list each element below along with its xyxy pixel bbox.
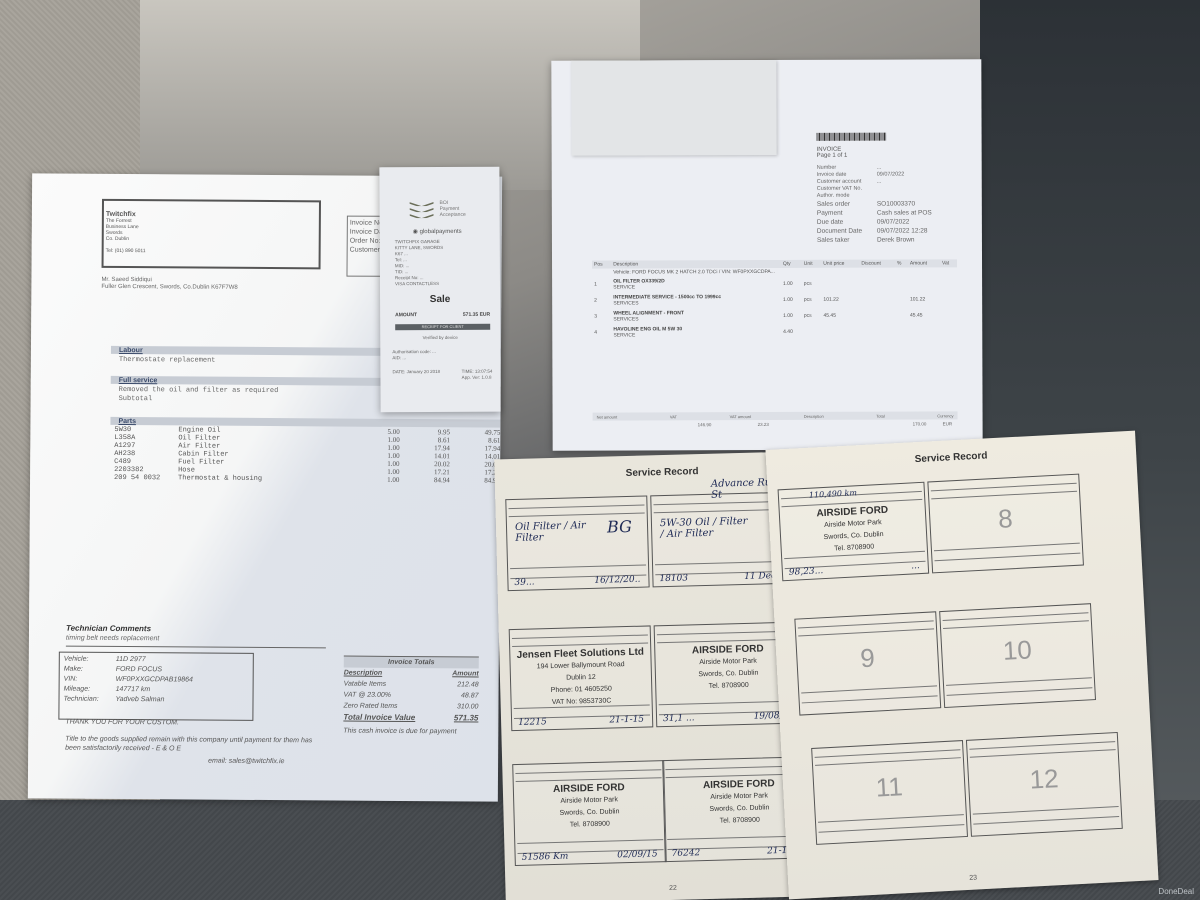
item-discount: [859, 276, 895, 292]
mileage-entry: 76242: [671, 848, 700, 859]
column-header: Unit: [802, 260, 822, 268]
due-note: This cash invoice is due for payment: [343, 728, 478, 736]
company-line: Co. Dublin: [106, 236, 129, 242]
verification-note: Verified by device: [380, 335, 500, 342]
receipt-date: DATE: January 20 2018: [392, 369, 440, 381]
date-entry: 02/09/15: [617, 849, 658, 860]
part-code: 209 54 0032: [112, 474, 176, 482]
service-slot: 9: [794, 611, 941, 715]
column-header: %: [895, 260, 908, 268]
item-category: SERVICES: [613, 300, 638, 306]
table-row: 209 54 0032Thermostat & housing1.0084.94…: [112, 474, 502, 485]
meta-value: 09/07/2022: [877, 218, 910, 227]
form-line: [515, 769, 661, 774]
meta-key: Document Date: [817, 227, 877, 236]
item-vat: [940, 307, 957, 323]
brand-line: Acceptance: [440, 212, 466, 218]
table-row: 4HAVOLINE ENG OIL M 5W 30SERVICE4.40: [592, 323, 957, 340]
meta-row: Sales orderSO10003370: [817, 199, 932, 208]
meta-row: Document Date09/07/2022 12:28: [817, 226, 932, 235]
item-pos: 2: [592, 293, 611, 309]
totals-label: Vatable Items: [344, 679, 387, 690]
form-line: [802, 695, 938, 703]
meta-row: Sales takerDerek Brown: [817, 235, 932, 244]
vehicle-value: 11D 2977: [116, 656, 146, 663]
vat-column: Currency: [937, 413, 953, 418]
divider: [66, 646, 326, 649]
invoice-total: 170.00: [913, 421, 927, 426]
auth-lines: Authorisation code: ... AID: ...: [392, 349, 492, 362]
item-amount: [908, 323, 940, 339]
vehicle-key: Make:: [64, 665, 116, 675]
form-line: [973, 806, 1119, 815]
technician-comments-heading: Technician Comments: [66, 624, 151, 634]
mileage-entry: 12215: [518, 717, 547, 728]
form-line: [798, 620, 934, 628]
slot-number: 11: [814, 768, 965, 807]
form-line: [815, 749, 961, 758]
form-line: [934, 543, 1080, 552]
mileage-entry: 39...: [514, 577, 534, 588]
app-version: App. Ver: 1.0.8: [462, 375, 492, 380]
item-unit: pcs: [802, 292, 822, 308]
item-category: SERVICE: [613, 284, 635, 290]
meta-value: ...: [877, 179, 882, 186]
slot-number: 10: [942, 631, 1093, 670]
part-qty: 1.00: [360, 436, 401, 444]
stamp-line: VAT No: 9853730C: [515, 695, 647, 710]
item-category: SERVICES: [613, 316, 638, 322]
dealer-stamp: Jensen Fleet Solutions Ltd194 Lower Ball…: [514, 647, 648, 710]
total-amount: 571.35: [454, 712, 479, 723]
barcode-icon: [817, 133, 887, 141]
company-phone: Tel: (01) 890 5011: [106, 248, 146, 254]
form-line: [818, 814, 964, 823]
vat-column: Description: [804, 413, 824, 418]
form-line: [815, 757, 961, 766]
service-slot: 8: [927, 474, 1084, 574]
company-block: Twitchfix The Forrest Business Lane Swor…: [106, 212, 146, 254]
date-entry: ...: [911, 561, 920, 571]
item-price: [822, 324, 860, 340]
meta-row: Due date09/07/2022: [817, 217, 932, 226]
form-line: [970, 749, 1116, 758]
technician-comment: timing belt needs replacement: [66, 635, 159, 643]
email-address: email: sales@twitchfix.ie: [208, 758, 284, 766]
auth-line: AID: ...: [392, 355, 492, 362]
item-discount: [860, 324, 896, 340]
column-header: Unit price: [821, 260, 859, 268]
vehicle-value: WF0PXXGCDPAB19864: [116, 676, 193, 684]
service-slot: 12: [966, 732, 1123, 837]
brand-lines: BOI Payment Acceptance: [440, 200, 466, 218]
totals-amount: 212.48: [457, 679, 478, 690]
meta-row: PaymentCash sales at POS: [817, 208, 932, 217]
item-qty: 4.40: [781, 324, 802, 340]
handwritten-note: Oil Filter / Air Filter: [515, 520, 606, 544]
part-qty: 1.00: [360, 468, 401, 476]
form-line: [934, 553, 1080, 562]
vat-summary-header: Net amountVATVAT amountDescriptionTotalC…: [593, 411, 958, 420]
form-line: [947, 687, 1093, 696]
vat-column: VAT: [670, 414, 677, 419]
part-qty: 1.00: [360, 452, 401, 460]
date-entry: 16/12/20..: [594, 575, 640, 586]
title-note: Title to the goods supplied remain with …: [65, 735, 325, 755]
merchant-details: TWITCHFIX GARAGEKITTY LANE, SWORDSK67 ..…: [395, 239, 490, 287]
labour-heading: Labour: [119, 347, 143, 354]
item-amount: 45.45: [908, 307, 940, 323]
full-service-line: Removed the oil and filter as required: [119, 386, 279, 395]
service-slot: AIRSIDE FORDAirside Motor ParkSwords, Co…: [512, 760, 667, 866]
date-time-row: DATE: January 20 2018 TIME: 13:07:54App.…: [392, 369, 492, 382]
vehicle-value: Yadveb Salman: [115, 696, 164, 703]
vehicle-value: FORD FOCUS: [116, 666, 162, 673]
vehicle-key: Mileage:: [64, 685, 116, 695]
mileage-entry: 98,23...: [789, 566, 824, 578]
dealer-stamp: AIRSIDE FORDAirside Motor ParkSwords, Co…: [518, 781, 661, 833]
meta-key: Sales taker: [817, 236, 877, 245]
mileage-entry: 31,1 ...: [663, 713, 695, 724]
column-header: Vat: [940, 259, 957, 267]
part-description: Thermostat & housing: [176, 474, 360, 483]
handwritten-note: 5W-30 Oil / Filter / Air Filter: [660, 516, 751, 540]
item-qty: 1.00: [781, 308, 802, 324]
service-slot: Oil Filter / Air FilterBG39...16/12/20..: [505, 495, 649, 591]
service-slot: AIRSIDE FORDAirside Motor ParkSwords, Co…: [778, 482, 930, 582]
table-row: 3WHEEL ALIGNMENT - FRONTSERVICES1.00pcs4…: [592, 307, 957, 324]
column-header: Pos: [592, 261, 611, 269]
card-receipt: BOI Payment Acceptance ◉ globalpayments …: [379, 167, 500, 413]
column-header: Qty: [781, 260, 802, 268]
table-row: 2INTERMEDIATE SERVICE - 1500cc TO 1999cc…: [592, 291, 957, 308]
processor-label: globalpayments: [420, 229, 462, 235]
form-line: [512, 634, 648, 639]
page-title: Service Record: [766, 443, 1136, 473]
vehicle-key: Technician:: [63, 695, 115, 705]
item-amount: 101.22: [908, 291, 940, 307]
invoice-items-table: PosDescriptionQtyUnitUnit priceDiscount%…: [592, 259, 957, 340]
form-line: [819, 824, 965, 833]
item-qty: 1.00: [781, 276, 802, 292]
service-record-page-23: Service Record AIRSIDE FORDAirside Motor…: [765, 431, 1158, 900]
totals-amount: 310.00: [457, 701, 478, 712]
item-price: [821, 276, 859, 292]
item-discount: [860, 292, 896, 308]
col-amount: Amount: [452, 668, 479, 679]
meta-value: 09/07/2022: [877, 172, 905, 179]
net-amount: 146.90: [698, 422, 712, 427]
part-qty: 1.00: [360, 460, 401, 468]
pos: [592, 269, 611, 277]
item-description: OIL FILTER OX339/2DSERVICE: [611, 276, 781, 293]
item-unit: [802, 324, 822, 340]
item-price: 45.45: [821, 308, 859, 324]
item-amount: [908, 275, 940, 291]
part-qty: 5.00: [360, 428, 401, 436]
form-line: [931, 491, 1077, 500]
item-percent: [895, 292, 908, 308]
totals-title: Invoice Totals: [344, 656, 479, 669]
form-line: [931, 483, 1077, 492]
receipt-time: TIME: 13:07:54: [462, 369, 493, 374]
item-percent: [895, 308, 908, 324]
meta-value: ...: [877, 165, 882, 172]
slot-number: 12: [968, 760, 1119, 799]
item-description: HAVOLINE ENG OIL M 5W 30SERVICE: [611, 324, 781, 341]
full-service-heading: Full service: [119, 377, 158, 384]
amount-row: AMOUNT 571.35 EUR: [395, 312, 490, 318]
amount-label: AMOUNT: [395, 312, 417, 318]
folded-flap: [571, 60, 776, 156]
amount-value: 571.35 EUR: [463, 312, 490, 318]
totals-label: Zero Rated Items: [343, 701, 397, 712]
col-description: Description: [344, 668, 383, 679]
vehicle-key: VIN:: [64, 675, 116, 685]
invoice-totals: Invoice Totals Description Amount Vatabl…: [343, 656, 479, 736]
mileage-entry: 51586 Km: [522, 852, 569, 863]
item-description: WHEEL ALIGNMENT - FRONTSERVICES: [611, 308, 781, 325]
parts-invoice: INVOICE Page 1 of 1 Number...Invoice dat…: [551, 59, 982, 450]
vat-column: Net amount: [597, 414, 618, 419]
slot-number: 9: [797, 639, 938, 677]
form-line: [509, 505, 645, 510]
meta-key: Due date: [817, 218, 877, 227]
watermark: DoneDeal: [1158, 887, 1194, 896]
item-unit: pcs: [802, 308, 822, 324]
processor-name: ◉ globalpayments: [413, 229, 462, 235]
form-line: [517, 839, 663, 844]
item-pos: 4: [592, 325, 611, 341]
item-percent: [895, 276, 908, 292]
item-percent: [895, 324, 908, 340]
dealer-stamp: AIRSIDE FORDAirside Motor ParkSwords, Co…: [784, 503, 923, 558]
form-line: [943, 620, 1089, 629]
currency: EUR: [943, 421, 953, 426]
part-qty: 1.00: [360, 476, 401, 484]
item-qty: 1.00: [781, 292, 802, 308]
mileage-entry: 18103: [659, 573, 688, 584]
service-slot: 11: [811, 740, 968, 845]
service-slot: 10: [939, 603, 1096, 708]
vat-summary-values: 146.90 23.23 170.00 EUR: [593, 421, 958, 422]
page-number: 23: [788, 865, 1158, 891]
column-header: Amount: [908, 259, 940, 267]
table-row: 1OIL FILTER OX339/2DSERVICE1.00pcs: [592, 275, 957, 292]
receipt-for-client-bar: RECEIPT FOR CLIENT: [395, 324, 490, 330]
vehicle-value: 147717 km: [116, 686, 151, 693]
totals-label: VAT @ 23.00%: [344, 690, 392, 701]
vat-amount: 23.23: [758, 422, 769, 427]
meta-value: SO10003370: [877, 199, 915, 208]
meta-key: Sales order: [817, 200, 877, 209]
meta-value: Derek Brown: [877, 235, 915, 244]
totals-amount: 48.87: [461, 690, 479, 701]
vat-column: Total: [876, 413, 884, 418]
slot-number: 8: [930, 500, 1081, 539]
vat-column: VAT amount: [730, 414, 752, 419]
meta-value: Cash sales at POS: [877, 208, 932, 217]
total-label: Total Invoice Value: [343, 712, 415, 724]
vehicle-row: Technician:Yadveb Salman: [63, 695, 248, 706]
page-indicator: Page 1 of 1: [817, 153, 848, 159]
column-header: Discount: [859, 260, 895, 268]
customer-address: Fuller Glen Crescent, Swords, Co.Dublin …: [101, 284, 237, 291]
item-vat: [940, 291, 957, 307]
transaction-type: Sale: [380, 297, 500, 304]
item-price: 101.22: [821, 292, 859, 308]
item-vat: [940, 323, 957, 339]
invoice-title: INVOICE Page 1 of 1: [817, 147, 848, 159]
handwritten-mileage: 110,490 km: [809, 488, 857, 500]
form-line: [973, 816, 1119, 825]
service-book: Service Record Oil Filter / Air FilterBG…: [495, 435, 1165, 900]
thanks-note: THANK YOU FOR YOUR CUSTOM.: [65, 719, 179, 727]
form-line: [510, 565, 646, 570]
item-description: INTERMEDIATE SERVICE - 1500cc TO 1999ccS…: [611, 292, 781, 309]
item-pos: 3: [592, 309, 611, 325]
parts-heading: Parts: [118, 418, 136, 425]
customer-name: Mr. Saeed Siddiqui: [101, 277, 151, 283]
parts-table: 5W30Engine Oil5.009.9549.75L358AOil Filt…: [112, 426, 502, 485]
vehicle-details-box: Vehicle:11D 2977Make:FORD FOCUSVIN:WF0PX…: [58, 652, 253, 721]
item-discount: [860, 308, 896, 324]
form-line: [943, 612, 1089, 621]
form-line: [969, 741, 1115, 750]
meta-key: Payment: [817, 209, 877, 218]
form-line: [798, 628, 934, 636]
meta-value: 09/07/2022 12:28: [877, 226, 928, 235]
service-slot: Jensen Fleet Solutions Ltd194 Lower Ball…: [509, 625, 654, 731]
item-unit: pcs: [802, 276, 822, 292]
item-category: SERVICE: [613, 332, 635, 338]
form-line: [946, 677, 1092, 686]
invoice-meta: Number...Invoice date09/07/2022Customer …: [817, 164, 932, 244]
form-line: [801, 685, 937, 693]
subtotal-label: Subtotal: [119, 395, 153, 403]
stamp-line: Tel. 8708900: [519, 817, 661, 833]
part-unit: 84.94: [401, 476, 451, 484]
merchant-line: VISA CONTACTLESS: [395, 281, 490, 287]
item-vat: [940, 275, 957, 291]
handwritten-mark: BG: [607, 517, 632, 537]
labour-line: Thermostate replacement: [119, 356, 216, 365]
part-qty: 1.00: [360, 444, 401, 452]
total-row: Total Invoice Value 571.35: [343, 712, 478, 724]
date-entry: 21-1-15: [609, 715, 644, 726]
vehicle-key: Vehicle:: [64, 655, 116, 665]
boi-logo-icon: [410, 202, 434, 222]
item-pos: 1: [592, 277, 611, 293]
